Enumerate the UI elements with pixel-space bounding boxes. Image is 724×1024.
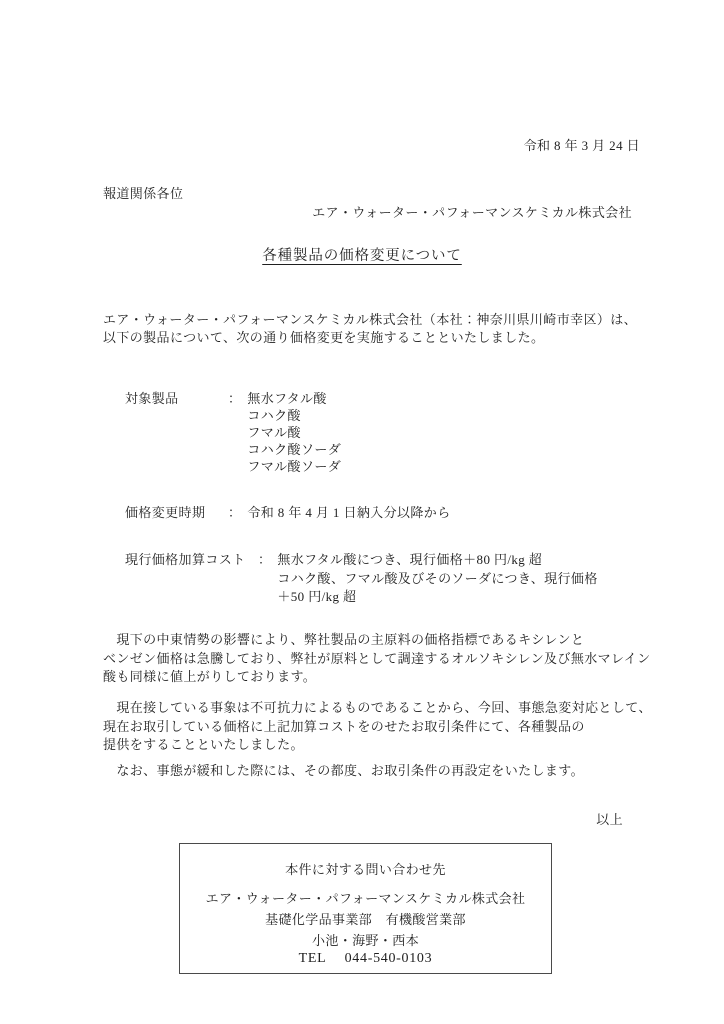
tel-label: TEL bbox=[299, 951, 327, 966]
colon-separator: ： bbox=[258, 551, 271, 568]
contact-persons: 小池・海野・西本 bbox=[180, 930, 551, 949]
contact-box: 本件に対する問い合わせ先 エア・ウォーター・パフォーマンスケミカル株式会社 基礎… bbox=[179, 843, 552, 974]
sender-company-line: エア・ウォーター・パフォーマンスケミカル株式会社 bbox=[312, 202, 632, 221]
cost-line: 無水フタル酸につき、現行価格＋80 円/kg 超 bbox=[277, 551, 674, 570]
timing-label: 価格変更時期 bbox=[125, 504, 228, 521]
product-item: フマル酸ソーダ bbox=[247, 458, 674, 475]
document-title-text: 各種製品の価格変更について bbox=[262, 248, 462, 264]
cost-section: 現行価格加算コスト ： 無水フタル酸につき、現行価格＋80 円/kg 超 コハク… bbox=[125, 551, 674, 607]
product-item: コハク酸 bbox=[247, 407, 674, 424]
body-paragraph-3: なお、事態が緩和した際には、その都度、お取引条件の再設定をいたします。 bbox=[103, 762, 668, 781]
contact-heading: 本件に対する問い合わせ先 bbox=[180, 859, 551, 878]
cost-lines: 無水フタル酸につき、現行価格＋80 円/kg 超 コハク酸、フマル酸及びそのソー… bbox=[277, 551, 674, 607]
body-paragraph-1: 現下の中東情勢の影響により、弊社製品の主原料の価格指標であるキシレンと ベンゼン… bbox=[103, 631, 668, 687]
products-label: 対象製品 bbox=[125, 390, 228, 407]
cost-line: コハク酸、フマル酸及びそのソーダにつき、現行価格 bbox=[277, 570, 674, 589]
recipient-line: 報道関係各位 bbox=[103, 183, 183, 202]
contact-company: エア・ウォーター・パフォーマンスケミカル株式会社 bbox=[180, 888, 551, 907]
timing-value: 令和 8 年 4 月 1 日納入分以降から bbox=[247, 504, 674, 521]
intro-paragraph: エア・ウォーター・パフォーマンスケミカル株式会社（本社：神奈川県川崎市幸区）は、… bbox=[103, 311, 666, 346]
document-page: 令和 8 年 3 月 24 日 報道関係各位 エア・ウォーター・パフォーマンスケ… bbox=[0, 0, 724, 1024]
contact-department: 基礎化学品事業部 有機酸営業部 bbox=[180, 909, 551, 928]
colon-separator: ： bbox=[228, 504, 241, 521]
closing-word: 以上 bbox=[596, 809, 623, 828]
document-title: 各種製品の価格変更について bbox=[0, 244, 724, 265]
product-item: フマル酸 bbox=[247, 424, 674, 441]
products-section: 対象製品 ： 無水フタル酸 コハク酸 フマル酸 コハク酸ソーダ フマル酸ソーダ bbox=[125, 390, 674, 475]
products-list: 無水フタル酸 コハク酸 フマル酸 コハク酸ソーダ フマル酸ソーダ bbox=[247, 390, 674, 475]
product-item: コハク酸ソーダ bbox=[247, 441, 674, 458]
cost-line: ＋50 円/kg 超 bbox=[277, 588, 674, 607]
tel-line: TEL 044-540-0103 bbox=[180, 951, 551, 967]
document-date: 令和 8 年 3 月 24 日 bbox=[524, 135, 640, 154]
cost-label: 現行価格加算コスト bbox=[125, 551, 258, 568]
body-paragraph-2: 現在接している事象は不可抗力によるものであることから、今回、事態急変対応として、… bbox=[103, 699, 668, 755]
timing-section: 価格変更時期 ： 令和 8 年 4 月 1 日納入分以降から bbox=[125, 504, 674, 521]
tel-number: 044-540-0103 bbox=[345, 951, 433, 966]
colon-separator: ： bbox=[228, 390, 241, 407]
product-item: 無水フタル酸 bbox=[247, 390, 674, 407]
